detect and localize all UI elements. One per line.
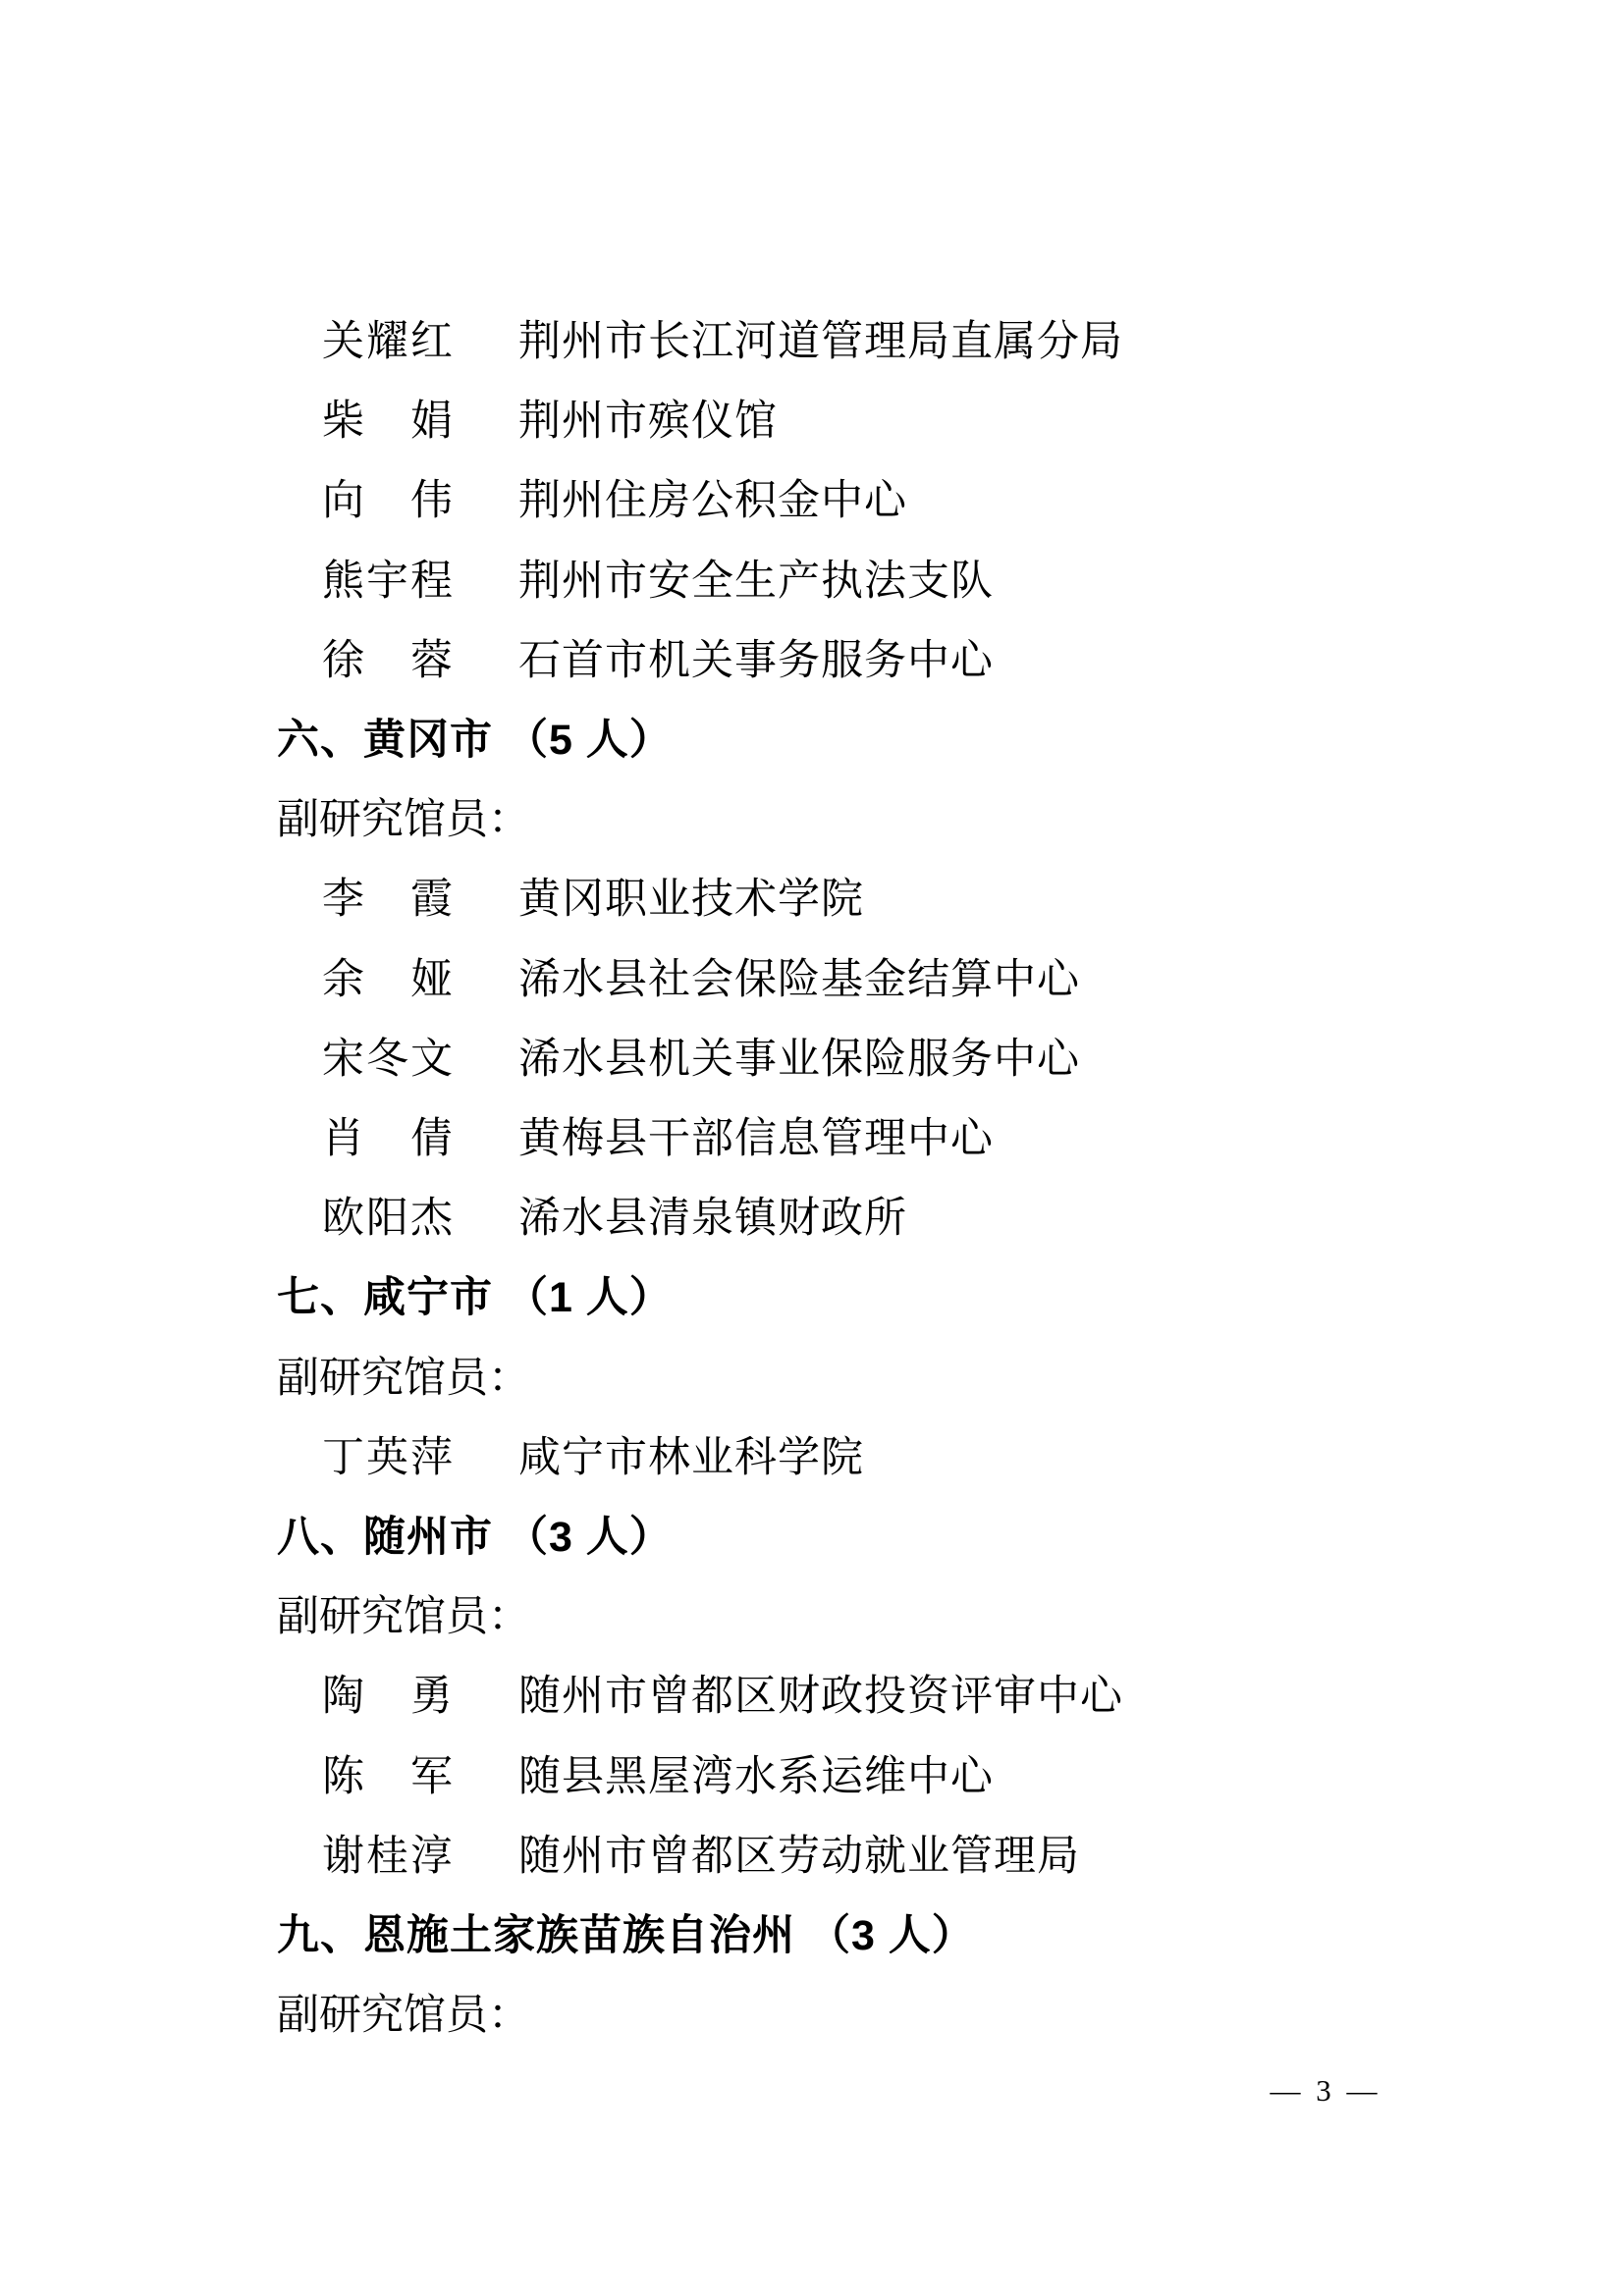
person-row: 柴 娟荆州市殡仪馆 [0, 382, 1624, 461]
page-number: — 3 — [1239, 2073, 1412, 2109]
person-row: 关耀红荆州市长江河道管理局直属分局 [0, 302, 1624, 382]
person-org: 随州市曾都区财政投资评审中心 [518, 1674, 1123, 1720]
section-heading: 六、黄冈市 （5 人） [0, 701, 1624, 780]
person-org: 石首市机关事务服务中心 [518, 638, 994, 684]
section-heading: 九、恩施土家族苗族自治州 （3 人） [0, 1896, 1624, 1976]
person-org: 咸宁市林业科学院 [518, 1435, 864, 1481]
person-name: 柴 娟 [322, 382, 518, 461]
person-org: 荆州市长江河道管理局直属分局 [518, 319, 1123, 365]
person-name: 徐 蓉 [322, 621, 518, 701]
person-row: 谢桂淳随州市曾都区劳动就业管理局 [0, 1817, 1624, 1896]
person-row: 陈 军随县黑屋湾水系运维中心 [0, 1737, 1624, 1817]
person-row: 余 娅浠水县社会保险基金结算中心 [0, 940, 1624, 1020]
person-org: 随州市曾都区劳动就业管理局 [518, 1834, 1080, 1880]
person-name: 陈 军 [322, 1737, 518, 1817]
person-name: 丁英萍 [322, 1418, 518, 1498]
person-org: 黄冈职业技术学院 [518, 877, 864, 923]
person-name: 肖 倩 [322, 1099, 518, 1179]
person-row: 肖 倩黄梅县干部信息管理中心 [0, 1099, 1624, 1179]
person-org: 浠水县清泉镇财政所 [518, 1196, 907, 1242]
person-row: 熊宇程荆州市安全生产执法支队 [0, 542, 1624, 621]
rank-label: 副研究馆员： [0, 1339, 1624, 1418]
person-row: 徐 蓉石首市机关事务服务中心 [0, 621, 1624, 701]
rank-label: 副研究馆员： [0, 1976, 1624, 2056]
person-org: 荆州市殡仪馆 [518, 399, 778, 445]
person-org: 荆州住房公积金中心 [518, 478, 907, 524]
person-name: 余 娅 [322, 940, 518, 1020]
person-name: 陶 勇 [322, 1657, 518, 1736]
person-name: 关耀红 [322, 302, 518, 382]
person-name: 宋冬文 [322, 1020, 518, 1099]
person-name: 谢桂淳 [322, 1817, 518, 1896]
person-org: 荆州市安全生产执法支队 [518, 559, 994, 605]
person-name: 李 霞 [322, 860, 518, 939]
person-row: 陶 勇随州市曾都区财政投资评审中心 [0, 1657, 1624, 1736]
person-org: 浠水县社会保险基金结算中心 [518, 957, 1080, 1003]
person-row: 欧阳杰浠水县清泉镇财政所 [0, 1179, 1624, 1258]
person-row: 宋冬文浠水县机关事业保险服务中心 [0, 1020, 1624, 1099]
person-name: 向 伟 [322, 461, 518, 541]
section-heading: 八、随州市 （3 人） [0, 1498, 1624, 1577]
person-org: 浠水县机关事业保险服务中心 [518, 1037, 1080, 1083]
person-row: 李 霞黄冈职业技术学院 [0, 860, 1624, 939]
person-row: 丁英萍咸宁市林业科学院 [0, 1418, 1624, 1498]
rank-label: 副研究馆员： [0, 1577, 1624, 1657]
person-org: 随县黑屋湾水系运维中心 [518, 1754, 994, 1800]
rank-label: 副研究馆员： [0, 780, 1624, 860]
person-org: 黄梅县干部信息管理中心 [518, 1116, 994, 1162]
person-row: 向 伟荆州住房公积金中心 [0, 461, 1624, 541]
person-name: 欧阳杰 [322, 1179, 518, 1258]
document-content: 关耀红荆州市长江河道管理局直属分局柴 娟荆州市殡仪馆向 伟荆州住房公积金中心熊宇… [0, 0, 1624, 2056]
person-name: 熊宇程 [322, 542, 518, 621]
section-heading: 七、咸宁市 （1 人） [0, 1258, 1624, 1338]
